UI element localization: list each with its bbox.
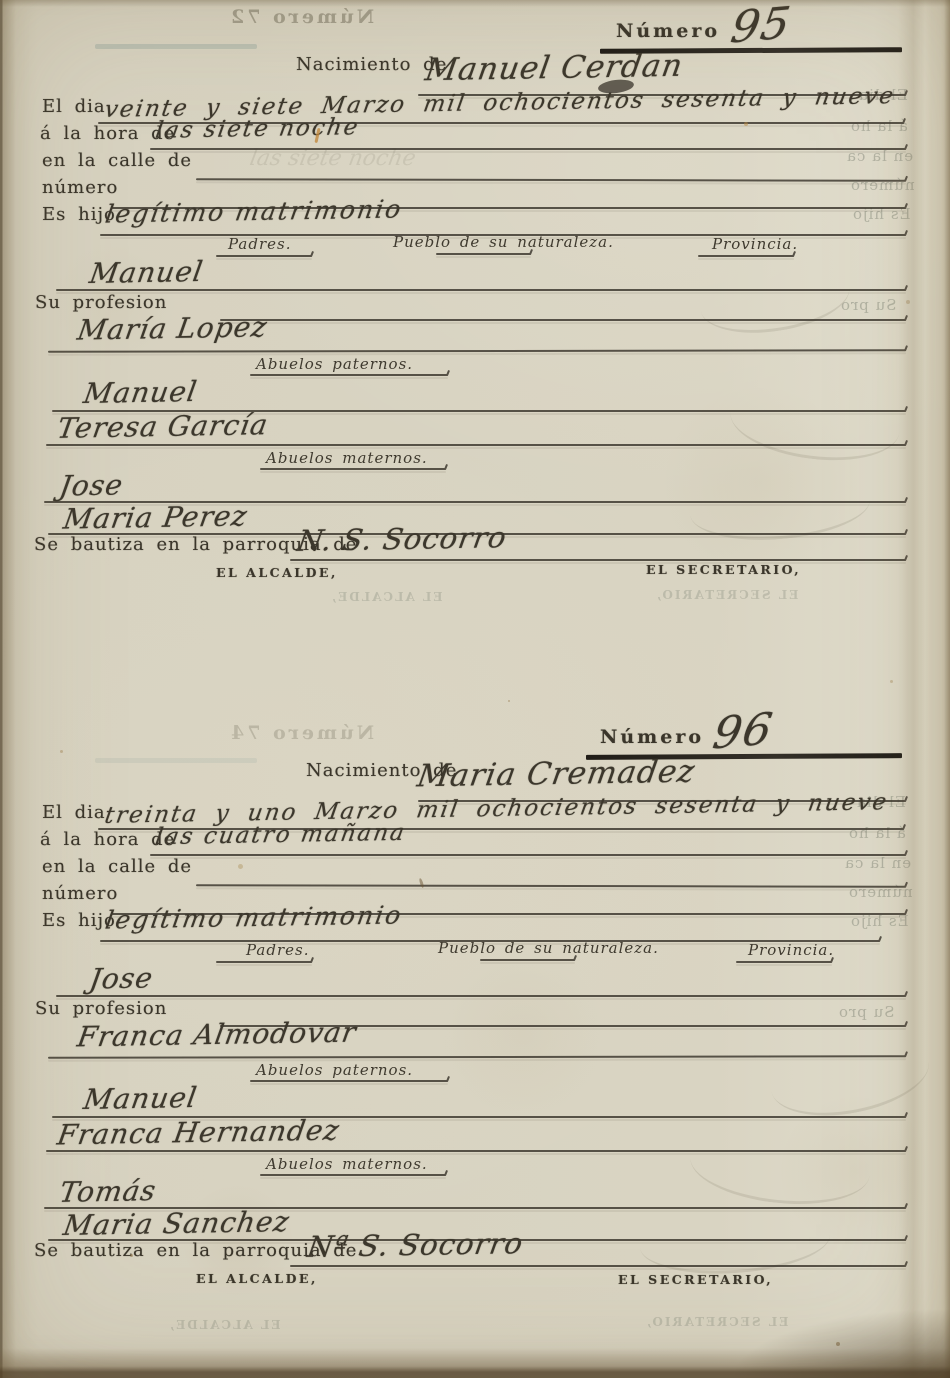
header-underline — [436, 253, 531, 255]
parish-value: N. S. Socorro — [295, 520, 509, 558]
father-name-value: Jose — [87, 961, 155, 995]
ruled-line — [150, 148, 906, 150]
ruled-line — [56, 995, 906, 997]
legitimacy-value: legítimo matrimonio — [103, 900, 405, 934]
header-underline — [698, 255, 794, 257]
header-underline — [260, 1174, 446, 1176]
father-name-value: Manuel — [87, 255, 206, 290]
parish-value: Nª S. Socorro — [305, 1226, 526, 1264]
maternal-grandfather-value: Jose — [57, 468, 125, 502]
birth-record-95: Número 95 Nacimiento de Manuel Cerdan El… — [0, 8, 950, 613]
column-header-provincia: Provincia. — [748, 941, 834, 959]
paternal-grandfather-value: Manuel — [81, 1081, 200, 1116]
street-label: en la calle de — [42, 150, 192, 171]
profession-label: Su profesion — [35, 292, 167, 313]
header-underline — [736, 961, 832, 963]
header-underline — [250, 374, 448, 376]
maternal-grandparents-label: Abuelos maternos. — [266, 1155, 428, 1173]
ruled-line — [48, 349, 906, 352]
numero-label: Número — [600, 726, 704, 748]
header-underline — [250, 1080, 448, 1082]
maternal-grandparents-label: Abuelos maternos. — [266, 449, 428, 467]
header-underline — [216, 961, 312, 963]
ruled-line — [150, 854, 906, 856]
maternal-grandmother-value: Maria Perez — [61, 499, 250, 535]
hour-value: las siete noche — [154, 114, 362, 144]
page-edge-bottom — [0, 1348, 950, 1378]
house-number-label: número — [42, 177, 118, 198]
paternal-grandparents-label: Abuelos paternos. — [256, 355, 413, 373]
bleedthrough-signature: EL ALCALDE, — [168, 1318, 281, 1332]
mayor-signature-label: EL ALCALDE, — [216, 565, 338, 580]
ruled-line — [220, 319, 906, 321]
paper-stain — [836, 1342, 840, 1346]
profession-label: Su profesion — [35, 998, 167, 1019]
ruled-line — [290, 1265, 906, 1267]
paternal-grandparents-label: Abuelos paternos. — [256, 1061, 413, 1079]
secretary-signature-label: EL SECRETARIO, — [618, 1272, 773, 1287]
ruled-line — [48, 1055, 906, 1058]
page-edge-top — [0, 0, 950, 7]
paternal-grandfather-value: Manuel — [81, 375, 200, 410]
street-label: en la calle de — [42, 856, 192, 877]
child-name-value: Maria Cremadez — [415, 754, 698, 795]
page-edge-left — [0, 0, 16, 1378]
birth-record-96: Número 96 Nacimiento de Maria Cremadez E… — [0, 714, 950, 1319]
paternal-grandmother-value: Franca Hernandez — [55, 1114, 342, 1152]
header-underline — [260, 468, 446, 470]
day-label: El dia — [42, 802, 106, 823]
day-label: El dia — [42, 96, 106, 117]
header-underline — [480, 959, 575, 961]
page-edge-right — [944, 0, 950, 1378]
paper-stain — [508, 700, 510, 702]
house-number-label: número — [42, 883, 118, 904]
paternal-grandmother-value: Teresa García — [55, 408, 271, 445]
legitimacy-value: legítimo matrimonio — [103, 194, 405, 228]
mother-name-value: Franca Almodovar — [75, 1016, 359, 1054]
ruled-line — [56, 289, 906, 291]
column-header-pueblo: Pueblo de su naturaleza. — [393, 233, 614, 251]
ruled-line — [46, 1150, 906, 1152]
paper-stain — [60, 750, 63, 753]
column-header-padres: Padres. — [246, 941, 309, 959]
column-header-provincia: Provincia. — [712, 235, 798, 253]
paper-stain — [238, 864, 243, 869]
numero-label: Número — [616, 20, 720, 42]
secretary-signature-label: EL SECRETARIO, — [646, 562, 801, 577]
maternal-grandfather-value: Tomás — [57, 1174, 159, 1209]
paper-stain — [744, 122, 748, 126]
hour-value: las cuatro mañana — [154, 820, 408, 850]
numero-value: 96 — [709, 704, 776, 760]
mother-name-value: María Lopez — [75, 310, 270, 346]
maternal-grandmother-value: Maria Sanchez — [61, 1205, 292, 1242]
column-header-padres: Padres. — [228, 235, 291, 253]
numero-value: 95 — [727, 0, 794, 53]
ruled-line — [290, 559, 906, 561]
ruled-line — [46, 444, 906, 446]
mayor-signature-label: EL ALCALDE, — [196, 1271, 318, 1286]
register-page-scan: Número 72 Número 74 El dia á la ho en la… — [0, 0, 950, 1378]
paper-stain — [130, 1254, 133, 1257]
child-name-value: Manuel Cerdan — [423, 48, 686, 88]
paper-stain — [906, 300, 910, 304]
ruled-line — [196, 884, 906, 887]
paper-stain — [890, 680, 893, 683]
column-header-pueblo: Pueblo de su naturaleza. — [438, 939, 659, 957]
header-underline — [216, 255, 312, 257]
ruled-line — [196, 178, 906, 181]
